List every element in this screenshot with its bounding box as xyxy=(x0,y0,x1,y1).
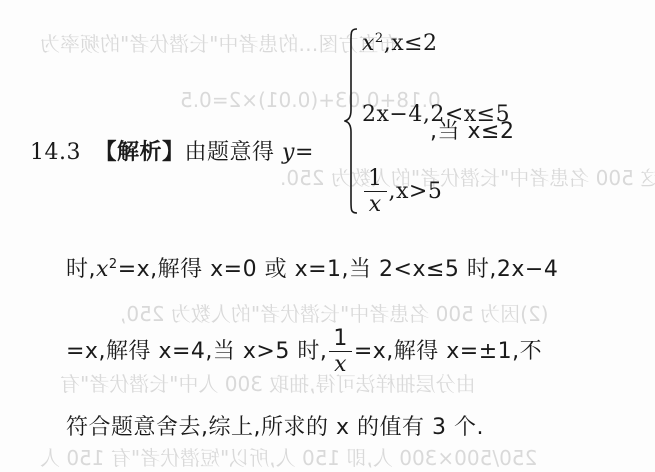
problem-header: 14.3 【解析】由题意得 y= xyxy=(30,142,314,164)
case-2-expr: 2x−4 xyxy=(362,102,423,127)
bleed-through-text: 所以这 500 名患者中"长潜伏者"的人数为 250. xyxy=(280,162,655,191)
fraction-denominator: x xyxy=(329,352,352,377)
line-1-part-1: 时, xyxy=(66,257,96,282)
line-2-fraction: 1 x xyxy=(329,326,352,378)
case-row-3: 1 x ,x>5 xyxy=(362,166,442,218)
line-2-part-1: =x,解得 x=4,当 x>5 时, xyxy=(66,339,327,364)
case-3-condition: ,x>5 xyxy=(389,179,443,204)
body-line-2: =x,解得 x=4,当 x>5 时, 1 x =x,解得 x=±1,不 xyxy=(66,326,542,378)
bleed-through-text: 250/500×300 人,即 150 人,所以"短潜伏者"有 150 人 xyxy=(40,442,537,471)
case-row-1: x2,x≤2 xyxy=(362,32,438,55)
fraction-numerator: 1 xyxy=(329,326,352,352)
line-1-exponent: 2 xyxy=(109,257,118,272)
equals-sign: = xyxy=(295,140,314,165)
case-3-fraction: 1 x xyxy=(364,166,387,218)
case-1-expr: x xyxy=(362,31,375,56)
case-1-exponent: 2 xyxy=(375,31,384,46)
fraction-denominator: x xyxy=(364,192,387,217)
line-1-variable: x xyxy=(96,257,109,282)
fraction-numerator: 1 xyxy=(364,166,387,192)
line-2-part-2: =x,解得 x=±1,不 xyxy=(354,339,542,364)
analysis-tag: 【解析】 xyxy=(94,140,184,165)
intro-text: 由题意得 xyxy=(185,140,275,165)
problem-number: 14.3 xyxy=(30,140,81,165)
left-brace-icon xyxy=(344,28,358,214)
bleed-through-text: (2)因为 500 名患者中"长潜伏者"的人数为 250, xyxy=(120,298,549,327)
line-1-part-2: =x,解得 x=0 或 x=1,当 2<x≤5 时,2x−4 xyxy=(118,257,559,282)
body-line-1: 时,x2=x,解得 x=0 或 x=1,当 2<x≤5 时,2x−4 xyxy=(66,258,558,281)
function-variable: y xyxy=(282,140,295,165)
case-1-condition: ,x≤2 xyxy=(384,31,438,56)
body-line-3: 符合题意舍去,综上,所求的 x 的值有 3 个. xyxy=(66,417,484,439)
after-cases-text: ,当 x≤2 xyxy=(430,121,514,143)
